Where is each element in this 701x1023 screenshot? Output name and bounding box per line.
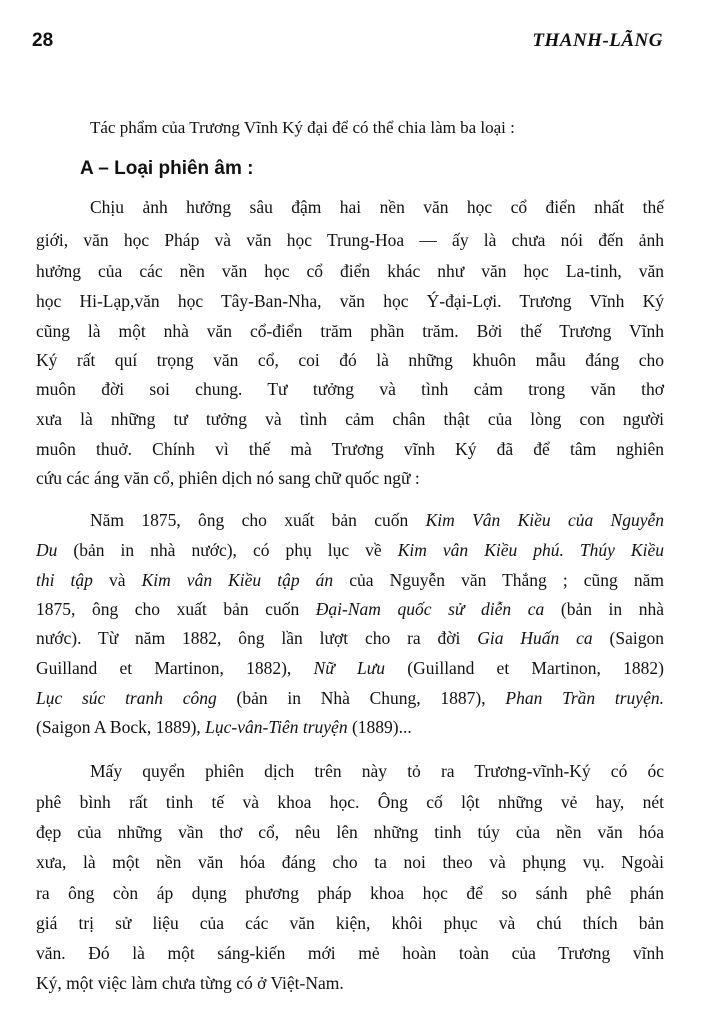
text-line: đẹp của những vần thơ cổ, nêu lên những … [36,822,664,842]
text-line: muôn đời soi chung. Tư tưởng và tình cảm… [36,379,664,399]
italic-title: Gia Huấn ca [477,628,592,648]
italic-title: thi tập [36,570,93,590]
text-line: học Hi-Lạp,văn học Tây-Ban-Nha, văn học … [36,291,664,311]
italic-title: Nữ Lưu [314,658,385,678]
italic-title: Du [36,540,57,560]
text-line: thi tập và Kim vân Kiều tập án của Nguyễ… [36,570,664,590]
text-line: Guilland et Martinon, 1882), Nữ Lưu (Gui… [36,658,664,678]
italic-title: Đại-Nam quốc sử diễn ca [316,599,544,619]
text-line: (Saigon A Bock, 1889), Lục-vân-Tiên truy… [36,717,664,737]
italic-title: Kim vân Kiều tập án [142,570,334,590]
text-line: ra ông còn áp dụng phương pháp khoa học … [36,883,664,903]
text-line: phê bình rất tinh tế và khoa học. Ông cố… [36,792,664,812]
text-line: Chịu ảnh hưởng sâu đậm hai nền văn học c… [90,197,664,217]
running-head: THANH-LÃNG [532,30,663,52]
text-line: Mấy quyển phiên dịch trên này tỏ ra Trươ… [90,761,664,781]
italic-title: Phan Trần truyện. [505,688,664,708]
text-line: cứu các áng văn cổ, phiên dịch nó sang c… [36,468,664,488]
text-line: hưởng của các nền văn học cổ điển khác n… [36,261,664,281]
text-line: giá trị sử liệu của các văn kiện, khôi p… [36,913,664,933]
text-line: xưa, là một nền văn hóa đáng cho ta noi … [36,852,664,872]
text-line: Năm 1875, ông cho xuất bản cuốn Kim Vân … [90,510,664,530]
text-line: Ký rất quí trọng văn cổ, coi đó là những… [36,350,664,370]
text-line: 1875, ông cho xuất bản cuốn Đại-Nam quốc… [36,599,664,619]
text-line: muôn thuở. Chính vì thế mà Trương vĩnh K… [36,439,664,459]
text-line: Du (bản in nhà nước), có phụ lục về Kim … [36,540,664,560]
section-heading: A – Loại phiên âm : [80,158,254,180]
text-line: xưa là những tư tưởng và tình cảm chân t… [36,409,664,429]
text-line: Lục súc tranh công (bản in Nhà Chung, 18… [36,688,664,708]
page-number: 28 [32,30,53,52]
text-line: giới, văn học Pháp và văn học Trung-Hoa … [36,230,664,250]
text-line: cũng là một nhà văn cổ-điển trăm phần tr… [36,321,664,341]
text-line: nước). Từ năm 1882, ông lần lượt cho ra … [36,628,664,648]
italic-title: Lục-vân-Tiên truyện [205,717,347,737]
text-line: Ký, một việc làm chưa từng có ở Việt-Nam… [36,973,664,993]
italic-title: Kim vân Kiều phú. Thúy Kiều [398,540,664,560]
italic-title: Lục súc tranh công [36,688,217,708]
intro-text: Tác phẩm của Trương Vĩnh Ký đại để có th… [90,118,664,138]
italic-title: Kim Vân Kiều của Nguyễn [426,510,664,530]
text-line: văn. Đó là một sáng-kiến mới mẻ hoàn toà… [36,943,664,963]
